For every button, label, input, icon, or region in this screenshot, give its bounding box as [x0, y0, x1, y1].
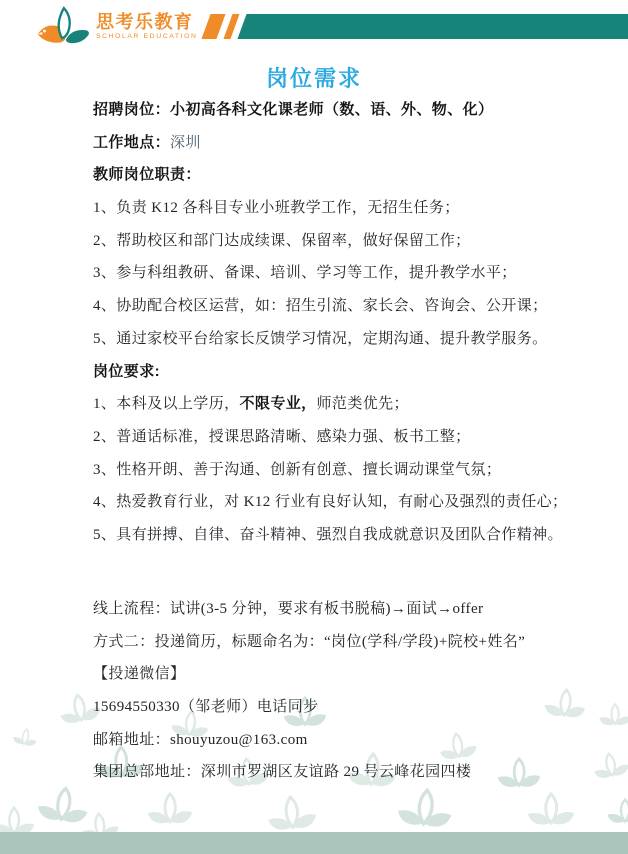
leaf-bird-logo-icon — [36, 6, 90, 48]
leaf-sprig-icon — [598, 703, 628, 730]
text-segment: 5、具有拼搏、自律、奋斗精神、强烈自我成就意识及团队合作精神。 — [93, 527, 563, 543]
text-line: 方式二：投递简历，标题命名为：“岗位(学科/学段)+院校+姓名” — [93, 626, 525, 659]
brand-header: 思考乐教育 SCHOLAR EDUCATION — [0, 0, 628, 52]
text-line: 招聘岗位：小初高各科文化课老师（数、语、外、物、化） — [93, 94, 567, 127]
leaf-sprig-icon — [10, 726, 40, 752]
application-info-block: 线上流程：试讲(3-5 分钟，要求有板书脱稿)→面试→offer方式二：投递简历… — [93, 593, 525, 789]
leaf-sprig-icon — [146, 792, 194, 830]
text-line: 5、通过家校平台给家长反馈学习情况，定期沟通、提升教学服务。 — [93, 323, 567, 356]
text-segment: 1、负责 K12 各科目专业小班教学工作，无招生任务； — [93, 200, 460, 216]
text-segment: 岗位要求: — [93, 363, 160, 380]
text-line: 15694550330（邹老师）电话同步 — [93, 691, 525, 724]
text-segment: 教师岗位职责： — [93, 166, 201, 183]
text-line: 3、参与科组教研、备课、培训、学习等工作，提升教学水平； — [93, 257, 567, 290]
leaf-sprig-icon — [526, 792, 576, 832]
text-line: 邮箱地址：shouyuzou@163.com — [93, 724, 525, 757]
leaf-watermark — [598, 703, 628, 730]
text-segment: 4、协助配合校区运营，如：招生引流、家长会、咨询会、公开课； — [93, 298, 548, 314]
leaf-watermark — [526, 792, 576, 832]
leaf-sprig-icon — [590, 749, 628, 786]
text-segment: 3、性格开朗、善于沟通、创新有创意、擅长调动课堂气氛； — [93, 462, 501, 478]
header-teal-band — [237, 14, 628, 39]
leaf-sprig-icon — [606, 798, 628, 828]
text-line: 1、本科及以上学历，不限专业，师范类优先； — [93, 388, 567, 421]
page-title: 岗位需求 — [0, 62, 628, 93]
text-segment: 4、热爱教育行业，对 K12 行业有良好认知，有耐心及强烈的责任心； — [93, 494, 567, 510]
text-line: 岗位要求: — [93, 356, 567, 389]
text-segment: 1、本科及以上学历， — [93, 396, 240, 412]
leaf-sprig-icon — [541, 686, 588, 726]
text-segment: 工作地点： — [93, 134, 170, 151]
text-line: 【投递微信】 — [93, 658, 525, 691]
leaf-sprig-icon — [394, 785, 457, 837]
text-line: 工作地点：深圳 — [93, 127, 567, 160]
brand-name: 思考乐教育 — [96, 13, 197, 31]
text-line: 集团总部地址：深圳市罗湖区友谊路 29 号云峰花园四楼 — [93, 756, 525, 789]
text-segment: 师范类优先； — [317, 396, 409, 412]
text-segment: 邮箱地址：shouyuzou@163.com — [93, 732, 308, 748]
text-segment: 招聘岗位：小初高各科文化课老师（数、语、外、物、化） — [93, 101, 493, 118]
brand-logo: 思考乐教育 SCHOLAR EDUCATION — [36, 6, 197, 48]
text-segment: 【投递微信】 — [93, 666, 185, 682]
text-line: 4、协助配合校区运营，如：招生引流、家长会、咨询会、公开课； — [93, 290, 567, 323]
text-segment: 2、普通话标准，授课思路清晰、感染力强、板书工整； — [93, 429, 471, 445]
leaf-watermark — [146, 792, 194, 830]
text-line: 3、性格开朗、善于沟通、创新有创意、擅长调动课堂气氛； — [93, 454, 567, 487]
text-segment: 方式二：投递简历，标题命名为：“岗位(学科/学段)+院校+姓名” — [93, 634, 525, 650]
text-line: 线上流程：试讲(3-5 分钟，要求有板书脱稿)→面试→offer — [93, 593, 525, 626]
leaf-watermark — [10, 726, 40, 752]
text-segment: 5、通过家校平台给家长反馈学习情况，定期沟通、提升教学服务。 — [93, 331, 548, 347]
brand-text: 思考乐教育 SCHOLAR EDUCATION — [96, 13, 197, 41]
text-segment: 集团总部地址：深圳市罗湖区友谊路 29 号云峰花园四楼 — [93, 764, 471, 780]
footer-color-band — [0, 832, 628, 854]
leaf-watermark — [541, 686, 588, 726]
leaf-watermark — [590, 749, 628, 786]
text-segment: 深圳 — [170, 135, 201, 151]
text-segment: 2、帮助校区和部门达成续课、保留率，做好保留工作； — [93, 233, 471, 249]
header-orange-stripe-2 — [223, 14, 239, 39]
text-line: 5、具有拼搏、自律、奋斗精神、强烈自我成就意识及团队合作精神。 — [93, 519, 567, 552]
text-line: 教师岗位职责： — [93, 159, 567, 192]
text-line: 2、帮助校区和部门达成续课、保留率，做好保留工作； — [93, 225, 567, 258]
text-segment: 不限专业， — [240, 395, 317, 412]
text-line: 2、普通话标准，授课思路清晰、感染力强、板书工整； — [93, 421, 567, 454]
text-line: 4、热爱教育行业，对 K12 行业有良好认知，有耐心及强烈的责任心； — [93, 486, 567, 519]
text-segment: 线上流程：试讲(3-5 分钟，要求有板书脱稿)→面试→offer — [93, 601, 483, 617]
header-orange-stripe-1 — [201, 14, 225, 39]
document-page: 思考乐教育 SCHOLAR EDUCATION 岗位需求 招聘岗位：小初高各科文… — [0, 0, 628, 854]
text-line: 1、负责 K12 各科目专业小班教学工作，无招生任务； — [93, 192, 567, 225]
leaf-watermark — [394, 785, 457, 837]
leaf-watermark — [606, 798, 628, 828]
brand-subtitle: SCHOLAR EDUCATION — [96, 34, 197, 41]
text-segment: 3、参与科组教研、备课、培训、学习等工作，提升教学水平； — [93, 265, 517, 281]
job-description-block: 招聘岗位：小初高各科文化课老师（数、语、外、物、化）工作地点：深圳教师岗位职责：… — [93, 94, 567, 552]
text-segment: 15694550330（邹老师）电话同步 — [93, 699, 319, 715]
